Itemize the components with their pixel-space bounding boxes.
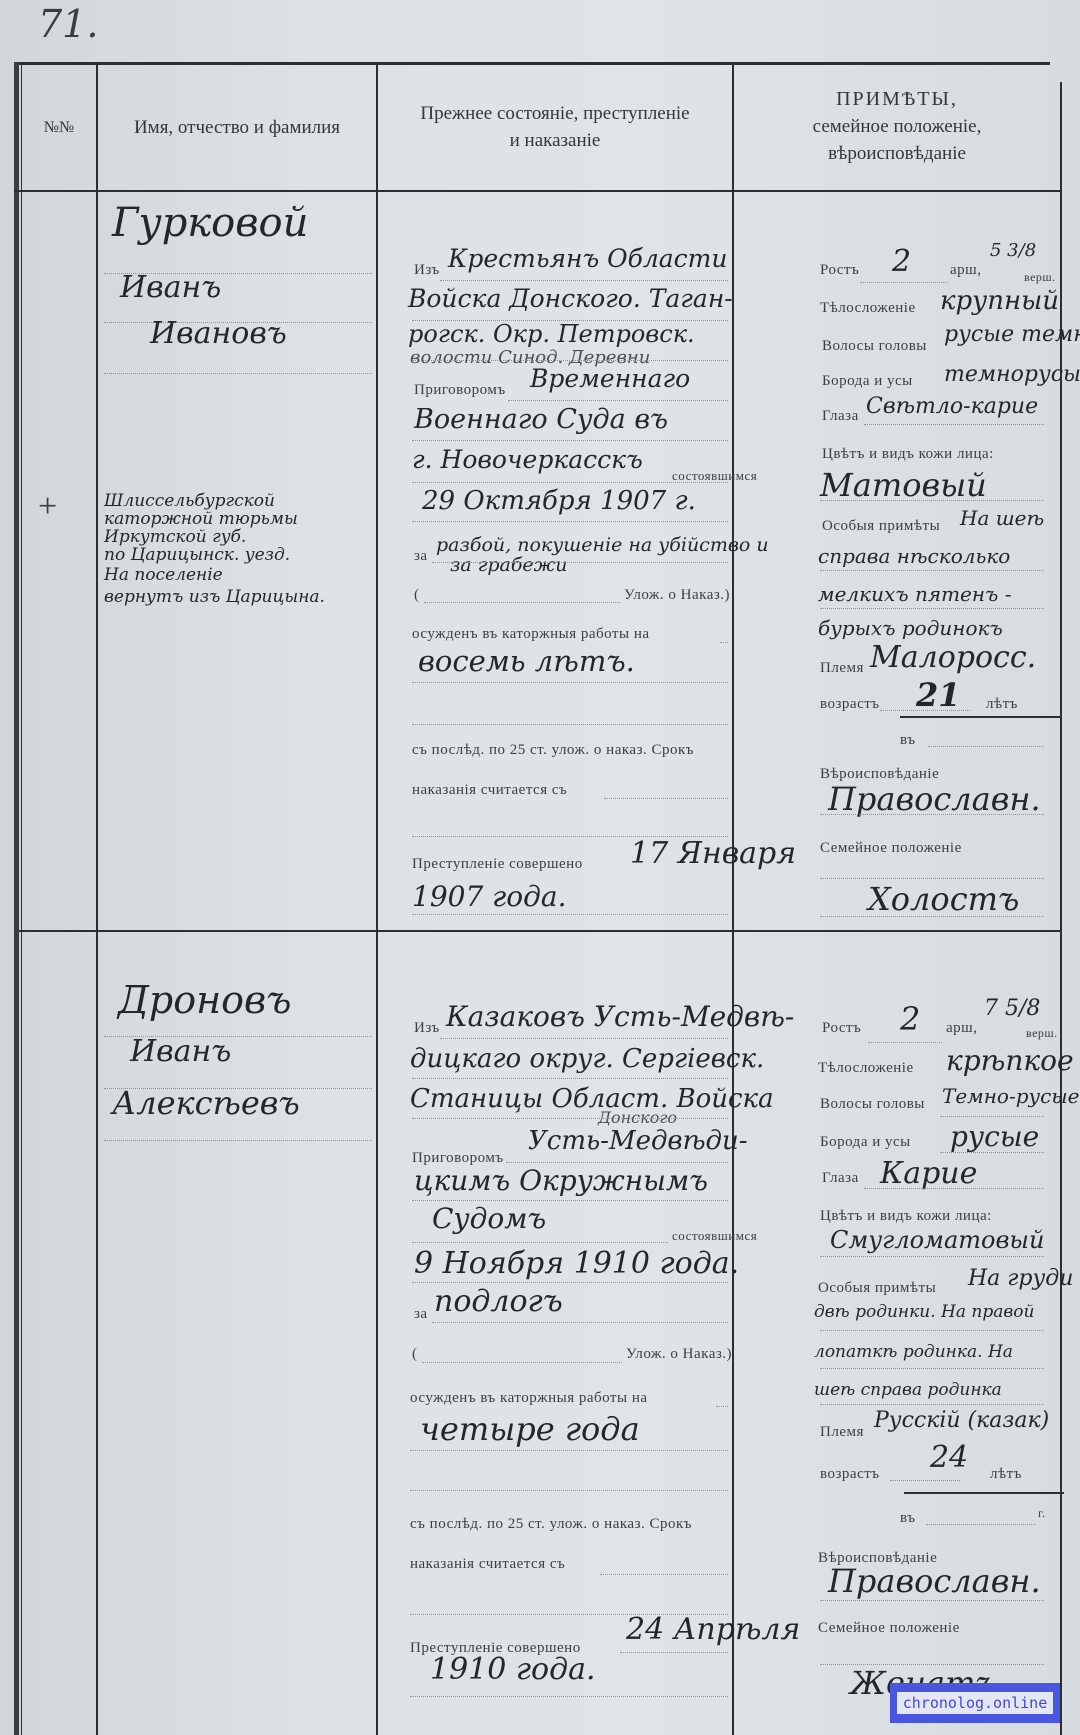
record-2-term: четыре года [420,1410,640,1448]
label-hair: Волосы головы [820,1096,925,1113]
dotted-line [440,1038,728,1039]
label-versh: верш. [1026,1026,1058,1041]
label-eyes: Глаза [822,408,859,425]
table-left-border [14,62,19,1735]
dotted-line [422,1362,622,1363]
dotted-line [104,373,372,374]
record-2-sentence-0: Усть-Медвѣди- [528,1126,748,1156]
label-crime-committed: Преступленіе совершено [412,856,583,873]
record-2-marks-2: лопаткѣ родинка. На [814,1342,1013,1362]
label-in: въ [900,1510,915,1527]
record-1-beard: темнорусые [944,362,1080,387]
record-2-date-held: 9 Ноября 1910 года. [414,1246,739,1281]
header-bottom-border [14,190,1060,192]
record-2-from-1: дицкаго округ. Сергіевск. [410,1044,764,1074]
dotted-line [412,914,728,915]
header-crime-line2: и наказаніе [378,127,732,154]
label-years: лѣтъ [986,696,1018,713]
label-age: возрастъ [820,1466,880,1483]
record-1-marks-2: мелкихъ пятенъ - [818,582,1012,606]
label-skin: Цвѣтъ и видъ кожи лица: [820,1208,992,1225]
record-1-height-versh: 5 3/8 [990,240,1036,261]
label-held: состоявшимся [672,1228,757,1244]
header-number: №№ [22,114,96,141]
record-1-family: Холостъ [868,880,1019,918]
record-1-margin-note-0: Шлиссельбургской [104,492,275,510]
dotted-line [432,1322,728,1323]
label-convicted: осужденъ въ каторжныя работы на [410,1390,648,1407]
record-1-from-1: Войска Донского. Таган- [408,284,733,313]
record-1-sentence-0: Временнаго [530,364,690,393]
dotted-line [820,878,1044,879]
record-1-religion: Православн. [828,780,1041,818]
record-1-age: 21 [916,676,961,714]
label-years: лѣтъ [990,1466,1022,1483]
label-build: Тѣлосложеніе [818,1060,914,1077]
record-1-skin: Матовый [820,466,987,504]
label-g: г. [1038,1506,1046,1521]
record-2-sentence-1: цкимъ Окружнымъ [414,1164,708,1197]
col-divider-2 [376,62,378,1735]
dotted-line [940,1116,1044,1117]
dotted-line [410,1696,728,1697]
label-height: Ростъ [820,262,859,279]
record-1-margin-note-1: каторжной тюрьмы [104,510,298,528]
label-for: за [414,1306,428,1323]
col-divider-1 [96,62,98,1735]
record-2-surname: Дроновъ [118,978,291,1022]
label-build: Тѣлосложеніе [820,300,916,317]
record-2-height-arsh: 2 [900,1000,920,1038]
dotted-line [506,1162,728,1163]
record-2-marks-1: двѣ родинки. На правой [814,1302,1034,1322]
label-from: Изъ [414,262,440,279]
record-2-age: 24 [930,1440,968,1475]
record-2-crime-0: подлогъ [434,1284,563,1319]
dotted-line [412,440,728,441]
dotted-line [890,1480,960,1481]
label-special-marks: Особыя примѣты [822,518,940,535]
dotted-line [600,1574,728,1575]
dotted-line [926,1524,1036,1525]
underline [904,1492,1064,1494]
dotted-line [412,1118,728,1119]
label-eyes: Глаза [822,1170,859,1187]
record-1-margin-note-5: вернутъ изъ Царицына. [104,588,325,606]
label-from: Изъ [414,1020,440,1037]
dotted-line [820,608,1044,609]
record-1-build: крупный [940,286,1059,316]
dotted-line [432,562,728,563]
table-left-border-inner [21,62,22,1735]
record-1-tribe: Малоросс. [870,640,1036,675]
label-arsh: арш, [950,262,981,279]
label-term-from: наказанія считается съ [410,1556,565,1573]
record-2-from-2: Станицы Област. Войска [410,1084,774,1114]
record-1-sentence-2: г. Новочеркасскъ [412,445,643,474]
dotted-line [508,400,728,401]
page-number: 71. [38,2,98,46]
dotted-line [820,1600,1044,1601]
record-1-marks-0: На шеѣ [960,506,1044,530]
record-1-first-name: Иванъ [120,270,221,305]
record-1-marks-3: бурыхъ родинокъ [818,616,1003,640]
header-marks-title: ПРИМѢТЫ, [734,86,1060,113]
label-skin: Цвѣтъ и видъ кожи лица: [822,446,994,463]
dotted-line [820,1404,1044,1405]
record-1-date-held: 29 Октября 1907 г. [422,486,696,516]
record-1-margin-note-3: по Царицынск. уезд. [104,546,290,564]
record-2-crime-date-1: 24 Апрѣля [626,1612,800,1647]
dotted-line [412,1282,728,1283]
archive-page: 71. №№ Имя, отчество и фамилия Прежнее с… [0,0,1080,1735]
watermark-text: chronolog.online [897,1692,1054,1714]
dotted-line [860,282,948,283]
label-term-from: наказанія считается съ [412,782,567,799]
record-1-from-2: рогск. Окр. Петровск. [408,320,695,348]
dotted-line [410,1450,728,1451]
dotted-line [868,1042,942,1043]
dotted-line [820,1256,1044,1257]
record-1-crime-date-2: 1907 года. [412,880,567,913]
dotted-line [620,1652,728,1653]
record-2-first-name: Иванъ [130,1034,231,1069]
record-2-eyes: Карие [880,1156,977,1191]
label-art25: съ послѣд. по 25 ст. улож. о наказ. Срок… [412,742,694,759]
record-2-marks-0: На груди [968,1266,1073,1291]
label-family: Семейное положеніе [820,840,962,857]
dotted-line [820,500,1044,501]
dotted-line [820,916,1044,917]
label-tribe: Племя [820,1424,864,1441]
label-sentence: Приговоромъ [414,382,506,399]
label-for: за [414,548,428,565]
dotted-line [440,280,728,281]
header-marks-line2: семейное положеніе, [734,113,1060,140]
record-2-tribe: Русскій (казак) [874,1408,1049,1433]
label-code-close: Улож. о Наказ.) [624,587,730,604]
record-2-religion: Православн. [828,1562,1041,1600]
label-convicted: осужденъ въ каторжныя работы на [412,626,650,643]
record-1-patronymic: Ивановъ [150,316,287,351]
dotted-line [716,1406,728,1407]
dotted-line [820,1368,1044,1369]
label-hair: Волосы головы [822,338,927,355]
dotted-line [412,482,728,483]
record-1-sentence-1: Военнаго Суда въ [414,404,668,435]
label-family: Семейное положеніе [818,1620,960,1637]
dotted-line [412,1078,728,1079]
header-crime-line1: Прежнее состояніе, преступленіе [378,100,732,127]
record-1-crime-0: разбой, покушеніе на убійство и [436,534,769,556]
label-code-close: Улож. о Наказ.) [626,1346,732,1363]
record-2-from-0: Казаковъ Усть-Медвѣ- [446,1000,794,1033]
record-1-height-arsh: 2 [892,244,911,279]
record-2-skin: Смугломатовый [830,1226,1044,1254]
record-1-hair: русые темные [944,322,1080,347]
record-1-from-0: Крестьянъ Области [448,244,727,273]
row-divider [19,930,1060,932]
record-2-sentence-2: Судомъ [432,1202,546,1235]
record-1-term: восемь лѣтъ. [418,644,635,678]
header-name: Имя, отчество и фамилия [98,114,376,141]
record-2-beard: русые [950,1120,1039,1153]
record-2-crime-date-2: 1910 года. [430,1652,596,1687]
watermark-badge: chronolog.online [890,1683,1060,1723]
label-height: Ростъ [822,1020,861,1037]
record-1-crime-date-1: 17 Января [630,836,796,871]
label-code-open: ( [414,587,420,604]
dotted-line [940,1152,1044,1153]
dotted-line [820,814,1044,815]
dotted-line [104,1140,372,1141]
dotted-line [412,521,728,522]
label-arsh: арш, [946,1020,977,1037]
dotted-line [412,1200,728,1201]
dotted-line [412,1242,668,1243]
table-top-border [14,62,1050,65]
underline [900,716,1060,718]
record-2-height-versh: 7 5/8 [984,996,1040,1021]
dotted-line [864,424,1044,425]
dotted-line [864,1188,1044,1189]
dotted-line [820,1330,1044,1331]
label-versh: верш. [1024,270,1056,285]
record-2-marks-3: шеѣ справа родинка [814,1380,1002,1400]
label-special-marks: Особыя примѣты [818,1280,936,1297]
dotted-line [820,570,1044,571]
record-1-margin-mark: + [38,488,57,526]
record-2-hair: Темно-русые [942,1084,1079,1108]
dotted-line [412,360,728,361]
record-1-crime-1: за грабежи [450,554,568,576]
label-art25: съ послѣд. по 25 ст. улож. о наказ. Срок… [410,1516,692,1533]
record-1-margin-note-2: Иркутской губ. [104,528,246,546]
dotted-line [410,1490,728,1491]
dotted-line [928,746,1044,747]
record-1-eyes: Свѣтло-карие [866,394,1038,419]
dotted-line [412,724,728,725]
record-1-marks-1: справа нѣсколько [818,544,1010,568]
label-code-open: ( [412,1346,418,1363]
record-2-build: крѣпкое [946,1044,1074,1077]
header-marks-line3: вѣроисповѣданіе [734,140,1060,167]
label-beard: Борода и усы [820,1134,911,1151]
record-2-patronymic: Алексѣевъ [112,1084,300,1122]
label-beard: Борода и усы [822,373,913,390]
label-in: въ [900,732,915,749]
dotted-line [720,642,728,643]
label-tribe: Племя [820,660,864,677]
record-1-margin-note-4: На поселеніе [104,566,223,584]
dotted-line [604,798,728,799]
record-1-surname: Гурковой [112,200,308,246]
dotted-line [424,602,620,603]
label-age: возрастъ [820,696,880,713]
dotted-line [412,682,728,683]
